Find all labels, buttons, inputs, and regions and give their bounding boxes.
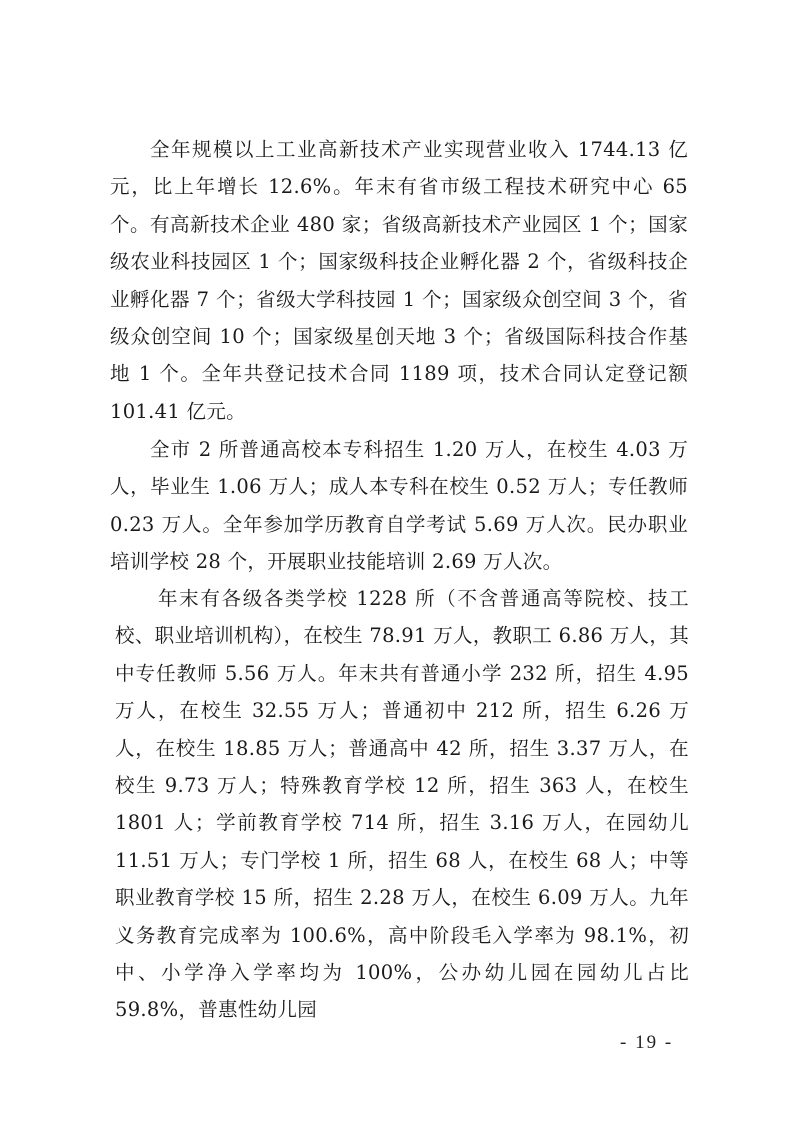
paragraph-schools: 年末有各级各类学校 1228 所（不含普通高等院校、技工校、职业培训机构），在校…: [115, 580, 689, 1029]
page-number: - 19 -: [620, 1032, 673, 1054]
paragraph-science-technology: 全年规模以上工业高新技术产业实现营业收入 1744.13 亿元，比上年增长 12…: [110, 131, 688, 430]
paragraph-higher-education: 全市 2 所普通高校本专科招生 1.20 万人，在校生 4.03 万人，毕业生 …: [110, 431, 688, 581]
document-page: 全年规模以上工业高新技术产业实现营业收入 1744.13 亿元，比上年增长 12…: [0, 0, 794, 1123]
